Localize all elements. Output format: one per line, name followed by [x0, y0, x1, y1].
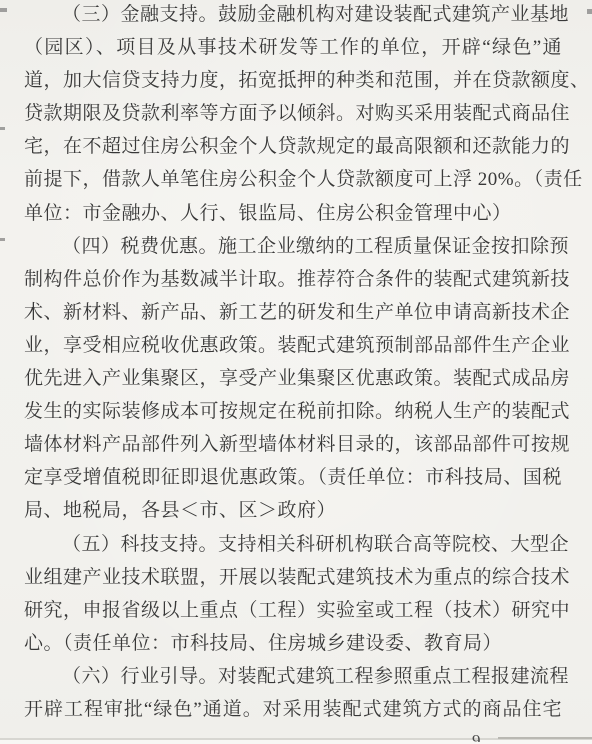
scanned-document-page: （三）金融支持。鼓励金融机构对建设装配式建筑产业基地 （园区）、项目及从事技术研… — [0, 0, 592, 744]
page-number: 9 — [472, 731, 492, 742]
document-line: 业，享受相应税收优惠政策。装配式建筑预制部品部件生产企业 — [24, 329, 562, 362]
document-line: 宅，在不超过住房公积金个人贷款规定的最高限额和还款能力的 — [24, 130, 562, 163]
page-bottom-margin — [0, 740, 592, 744]
scan-artifact — [0, 8, 7, 12]
document-line: 定享受增值税即征即退优惠政策。（责任单位：市科技局、国税 — [24, 461, 562, 494]
scan-artifact — [0, 127, 5, 130]
document-line: 研究，申报省级以上重点（工程）实验室或工程（技术）研究中 — [24, 594, 562, 627]
document-line: 贷款期限及贷款利率等方面予以倾斜。对购买采用装配式商品住 — [24, 97, 562, 130]
scan-artifact — [587, 9, 592, 14]
document-line: （五）科技支持。支持相关科研机构联合高等院校、大型企 — [24, 528, 562, 561]
document-line: 发生的实际装修成本可按规定在税前扣除。纳税人生产的装配式 — [24, 395, 562, 428]
document-line: 前提下，借款人单笔住房公积金个人贷款额度可上浮 20%。（责任 — [24, 163, 562, 196]
document-line: 优先进入产业集聚区，享受产业集聚区优惠政策。装配式成品房 — [24, 362, 562, 395]
page-edge-line-dark-segment — [498, 737, 592, 739]
scan-artifact — [0, 238, 5, 241]
document-line: （园区）、项目及从事技术研发等工作的单位，开辟“绿色”通 — [24, 31, 562, 64]
document-line: 单位：市金融办、人行、银监局、住房公积金管理中心） — [24, 197, 562, 230]
document-line: 墙体材料产品部件列入新型墙体材料目录的，该部品部件可按规 — [24, 428, 562, 461]
document-line: 道，加大信贷支持力度，拓宽抵押的种类和范围，并在贷款额度、 — [24, 64, 562, 97]
document-line: （四）税费优惠。施工企业缴纳的工程质量保证金按扣除预 — [24, 230, 562, 263]
document-line: 制构件总价作为基数减半计取。推荐符合条件的装配式建筑新技 — [24, 263, 562, 296]
document-line: 开辟工程审批“绿色”通道。对采用装配式建筑方式的商品住宅 — [24, 693, 562, 726]
document-line: （三）金融支持。鼓励金融机构对建设装配式建筑产业基地 — [24, 0, 562, 31]
document-text-block: （三）金融支持。鼓励金融机构对建设装配式建筑产业基地 （园区）、项目及从事技术研… — [24, 0, 562, 726]
document-line: 术、新材料、新产品、新工艺的研发和生产单位申请高新技术企 — [24, 296, 562, 329]
document-line: 业组建产业技术联盟，开展以装配式建筑技术为重点的综合技术 — [24, 561, 562, 594]
document-line: 局、地税局，各县＜市、区＞政府） — [24, 494, 562, 527]
document-line: （六）行业引导。对装配式建筑工程参照重点工程报建流程 — [24, 660, 562, 693]
document-line: 心。（责任单位：市科技局、住房城乡建设委、教育局） — [24, 627, 562, 660]
